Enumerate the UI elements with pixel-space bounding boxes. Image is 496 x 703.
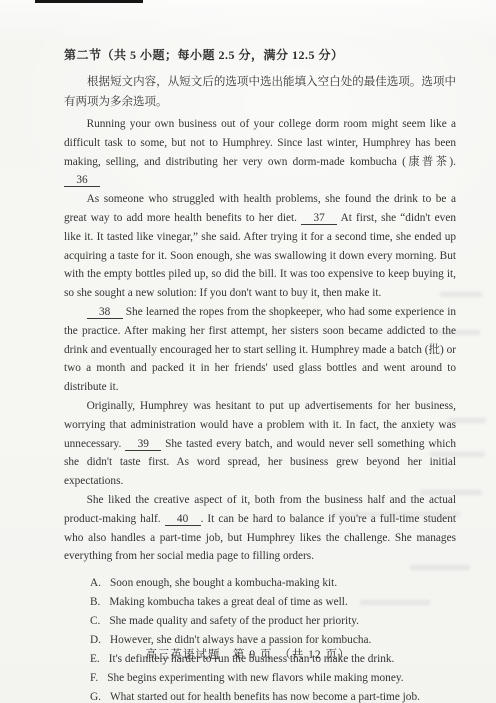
paragraph-text: She learned the ropes from the shopkeepe… <box>64 306 456 393</box>
option-f-label: F. <box>90 669 98 688</box>
option-g-text: What started out for health benefits has… <box>110 691 420 703</box>
scanned-exam-page: 第二节（共 5 小题；每小题 2.5 分，满分 12.5 分） 根据短文内容，从… <box>0 0 496 703</box>
options-list: A.Soon enough, she bought a kombucha-mak… <box>90 574 456 703</box>
page-content: 第二节（共 5 小题；每小题 2.5 分，满分 12.5 分） 根据短文内容，从… <box>64 46 456 703</box>
blank-40: 40 <box>165 513 201 526</box>
passage-paragraph-5: She liked the creative aspect of it, bot… <box>64 491 456 566</box>
blank-37: 37 <box>301 212 337 225</box>
option-b-label: B. <box>90 593 100 612</box>
blank-39: 39 <box>125 438 161 451</box>
section-header: 第二节（共 5 小题；每小题 2.5 分，满分 12.5 分） <box>64 46 456 63</box>
option-c-text: She made quality and safety of the produ… <box>109 615 359 627</box>
paragraph-text: At first, she “didn't even like it. It t… <box>64 212 456 299</box>
section-instructions: 根据短文内容，从短文后的选项中选出能填入空白处的最佳选项。选项中有两项为多余选项… <box>64 72 456 112</box>
option-d-text: However, she didn't always have a passio… <box>110 634 371 646</box>
page-footer: 高三英语试题 第 9 页 （共 12 页） <box>0 646 496 662</box>
passage-paragraph-1: Running your own business out of your co… <box>64 115 456 190</box>
option-c: C.She made quality and safety of the pro… <box>90 612 456 631</box>
option-b: B.Making kombucha takes a great deal of … <box>90 593 456 612</box>
paragraph-text: Running your own business out of your co… <box>64 118 456 168</box>
blank-38: 38 <box>87 306 123 319</box>
option-g: G.What started out for health benefits h… <box>90 688 456 703</box>
option-f-text: She begins experimenting with new flavor… <box>107 672 403 684</box>
option-a-label: A. <box>90 574 101 593</box>
passage-paragraph-4: Originally, Humphrey was hesitant to put… <box>64 397 456 491</box>
passage-paragraph-2: As someone who struggled with health pro… <box>64 190 456 303</box>
option-f: F.She begins experimenting with new flav… <box>90 669 456 688</box>
scan-artifact-bar <box>35 0 143 3</box>
option-g-label: G. <box>90 688 101 703</box>
option-c-label: C. <box>90 612 100 631</box>
option-a: A.Soon enough, she bought a kombucha-mak… <box>90 574 456 593</box>
option-a-text: Soon enough, she bought a kombucha-makin… <box>110 577 337 589</box>
passage-paragraph-3: 38 She learned the ropes from the shopke… <box>64 303 456 397</box>
blank-36: 36 <box>64 174 100 187</box>
option-b-text: Making kombucha takes a great deal of ti… <box>109 596 347 608</box>
